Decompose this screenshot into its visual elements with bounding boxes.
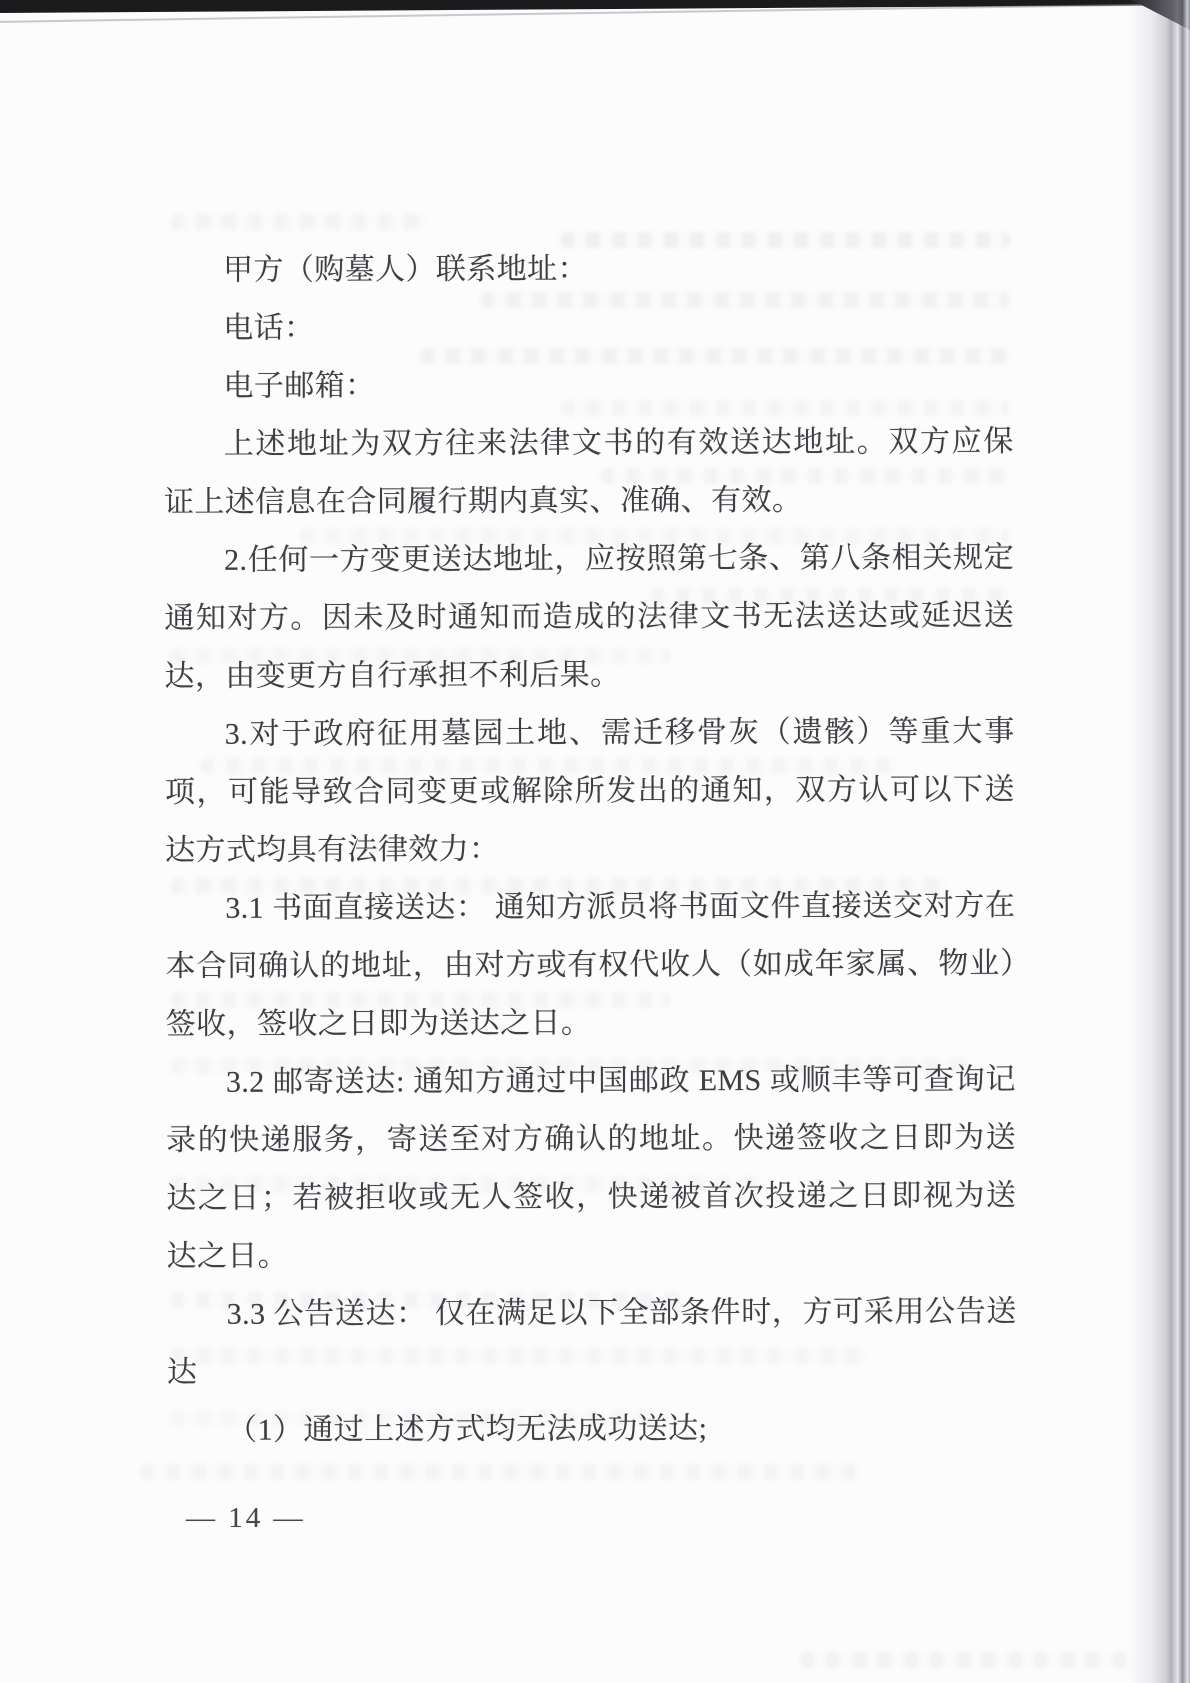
contract-paragraph: 3.对于政府征用墓园土地、需迁移骨灰（遗骸）等重大事项，可能导致合同变更或解除所… xyxy=(165,703,1016,880)
contract-paragraph: 电子邮箱： xyxy=(163,355,1013,416)
contract-paragraph: 2.任何一方变更送达地址，应按照第七条、第八条相关规定通知对方。因未及时通知而造… xyxy=(164,529,1015,706)
contract-body: 甲方（购墓人）联系地址： 电话： 电子邮箱： 上述地址为双方往来法律文书的有效送… xyxy=(163,239,1017,1460)
bleed-through-artifact xyxy=(140,1464,860,1480)
contract-paragraph: （1）通过上述方式均无法成功送达; xyxy=(167,1399,1017,1460)
contract-paragraph: 上述地址为双方往来法律文书的有效送达地址。双方应保证上述信息在合同履行期内真实、… xyxy=(164,413,1014,532)
contract-paragraph: 3.2 邮寄送达: 通知方通过中国邮政 EMS 或顺丰等可查询记录的快递服务，寄… xyxy=(166,1051,1017,1286)
page-number: — 14 — xyxy=(186,1496,306,1540)
contract-paragraph: 甲方（购墓人）联系地址： xyxy=(163,239,1013,300)
bleed-through-artifact xyxy=(170,214,430,230)
contract-paragraph: 电话： xyxy=(163,297,1013,358)
contract-paragraph: 3.1 书面直接送达： 通知方派员将书面文件直接送交对方在本合同确认的地址，由对… xyxy=(165,877,1016,1054)
scanned-contract-page: 甲方（购墓人）联系地址： 电话： 电子邮箱： 上述地址为双方往来法律文书的有效送… xyxy=(0,0,1190,1683)
bleed-through-artifact xyxy=(800,1652,1130,1668)
contract-paragraph: 3.3 公告送达： 仅在满足以下全部条件时，方可采用公告送达 xyxy=(167,1283,1017,1402)
scan-edge-right xyxy=(1128,0,1190,1683)
